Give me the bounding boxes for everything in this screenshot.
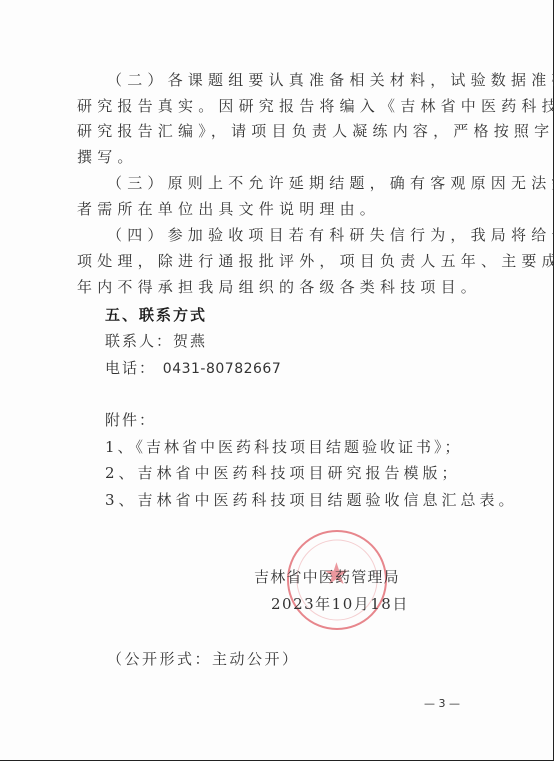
contact-name: 贺燕: [173, 332, 207, 350]
contact-person: 联系人：贺燕: [105, 331, 207, 351]
page-number: — 3 —: [424, 697, 460, 710]
signature-date: 2023年10月18日: [271, 593, 409, 614]
signature-organization: 吉林省中医药管理局: [254, 566, 400, 587]
paragraph-2-line-4: 撰写。: [77, 147, 138, 167]
attachments-label: 附件：: [105, 410, 156, 430]
paragraph-2-line-2: 研究报告真实。因研究报告将编入《吉林省中医药科技项目: [77, 96, 554, 116]
paragraph-4-line-1: （四）参加验收项目若有科研失信行为，我局将给予撤: [107, 225, 554, 245]
paragraph-3-line-2: 者需所在单位出具文件说明理由。: [77, 199, 380, 219]
paragraph-4-line-2: 项处理，除进行通报批评外，项目负责人五年、主要成员一: [77, 251, 554, 271]
paragraph-3-line-1: （三）原则上不允许延期结题，确有客观原因无法完成: [107, 173, 554, 193]
attachment-item-2: 2、吉林省中医药科技项目研究报告模版；: [105, 463, 461, 483]
contact-phone: 电话： 0431-80782667: [105, 358, 281, 379]
section-5-heading: 五、联系方式: [105, 305, 207, 325]
paragraph-2-line-1: （二）各课题组要认真准备相关材料，试验数据准确，: [107, 70, 554, 90]
paragraph-4-line-3: 年内不得承担我局组织的各级各类科技项目。: [77, 277, 481, 297]
phone-number: 0431-80782667: [163, 361, 281, 377]
attachment-item-3: 3、吉林省中医药科技项目结题验收信息汇总表。: [105, 490, 518, 510]
contact-label: 联系人：: [105, 332, 173, 350]
paragraph-2-line-3: 研究报告汇编》，请项目负责人凝练内容，严格按照字数要求: [77, 121, 554, 141]
phone-label: 电话：: [105, 359, 156, 377]
publicity-form: （公开形式：主动公开）: [107, 648, 300, 669]
document-page: （二）各课题组要认真准备相关材料，试验数据准确， 研究报告真实。因研究报告将编入…: [0, 0, 554, 761]
attachment-item-1: 1、《吉林省中医药科技项目结题验收证书》；: [105, 437, 463, 457]
